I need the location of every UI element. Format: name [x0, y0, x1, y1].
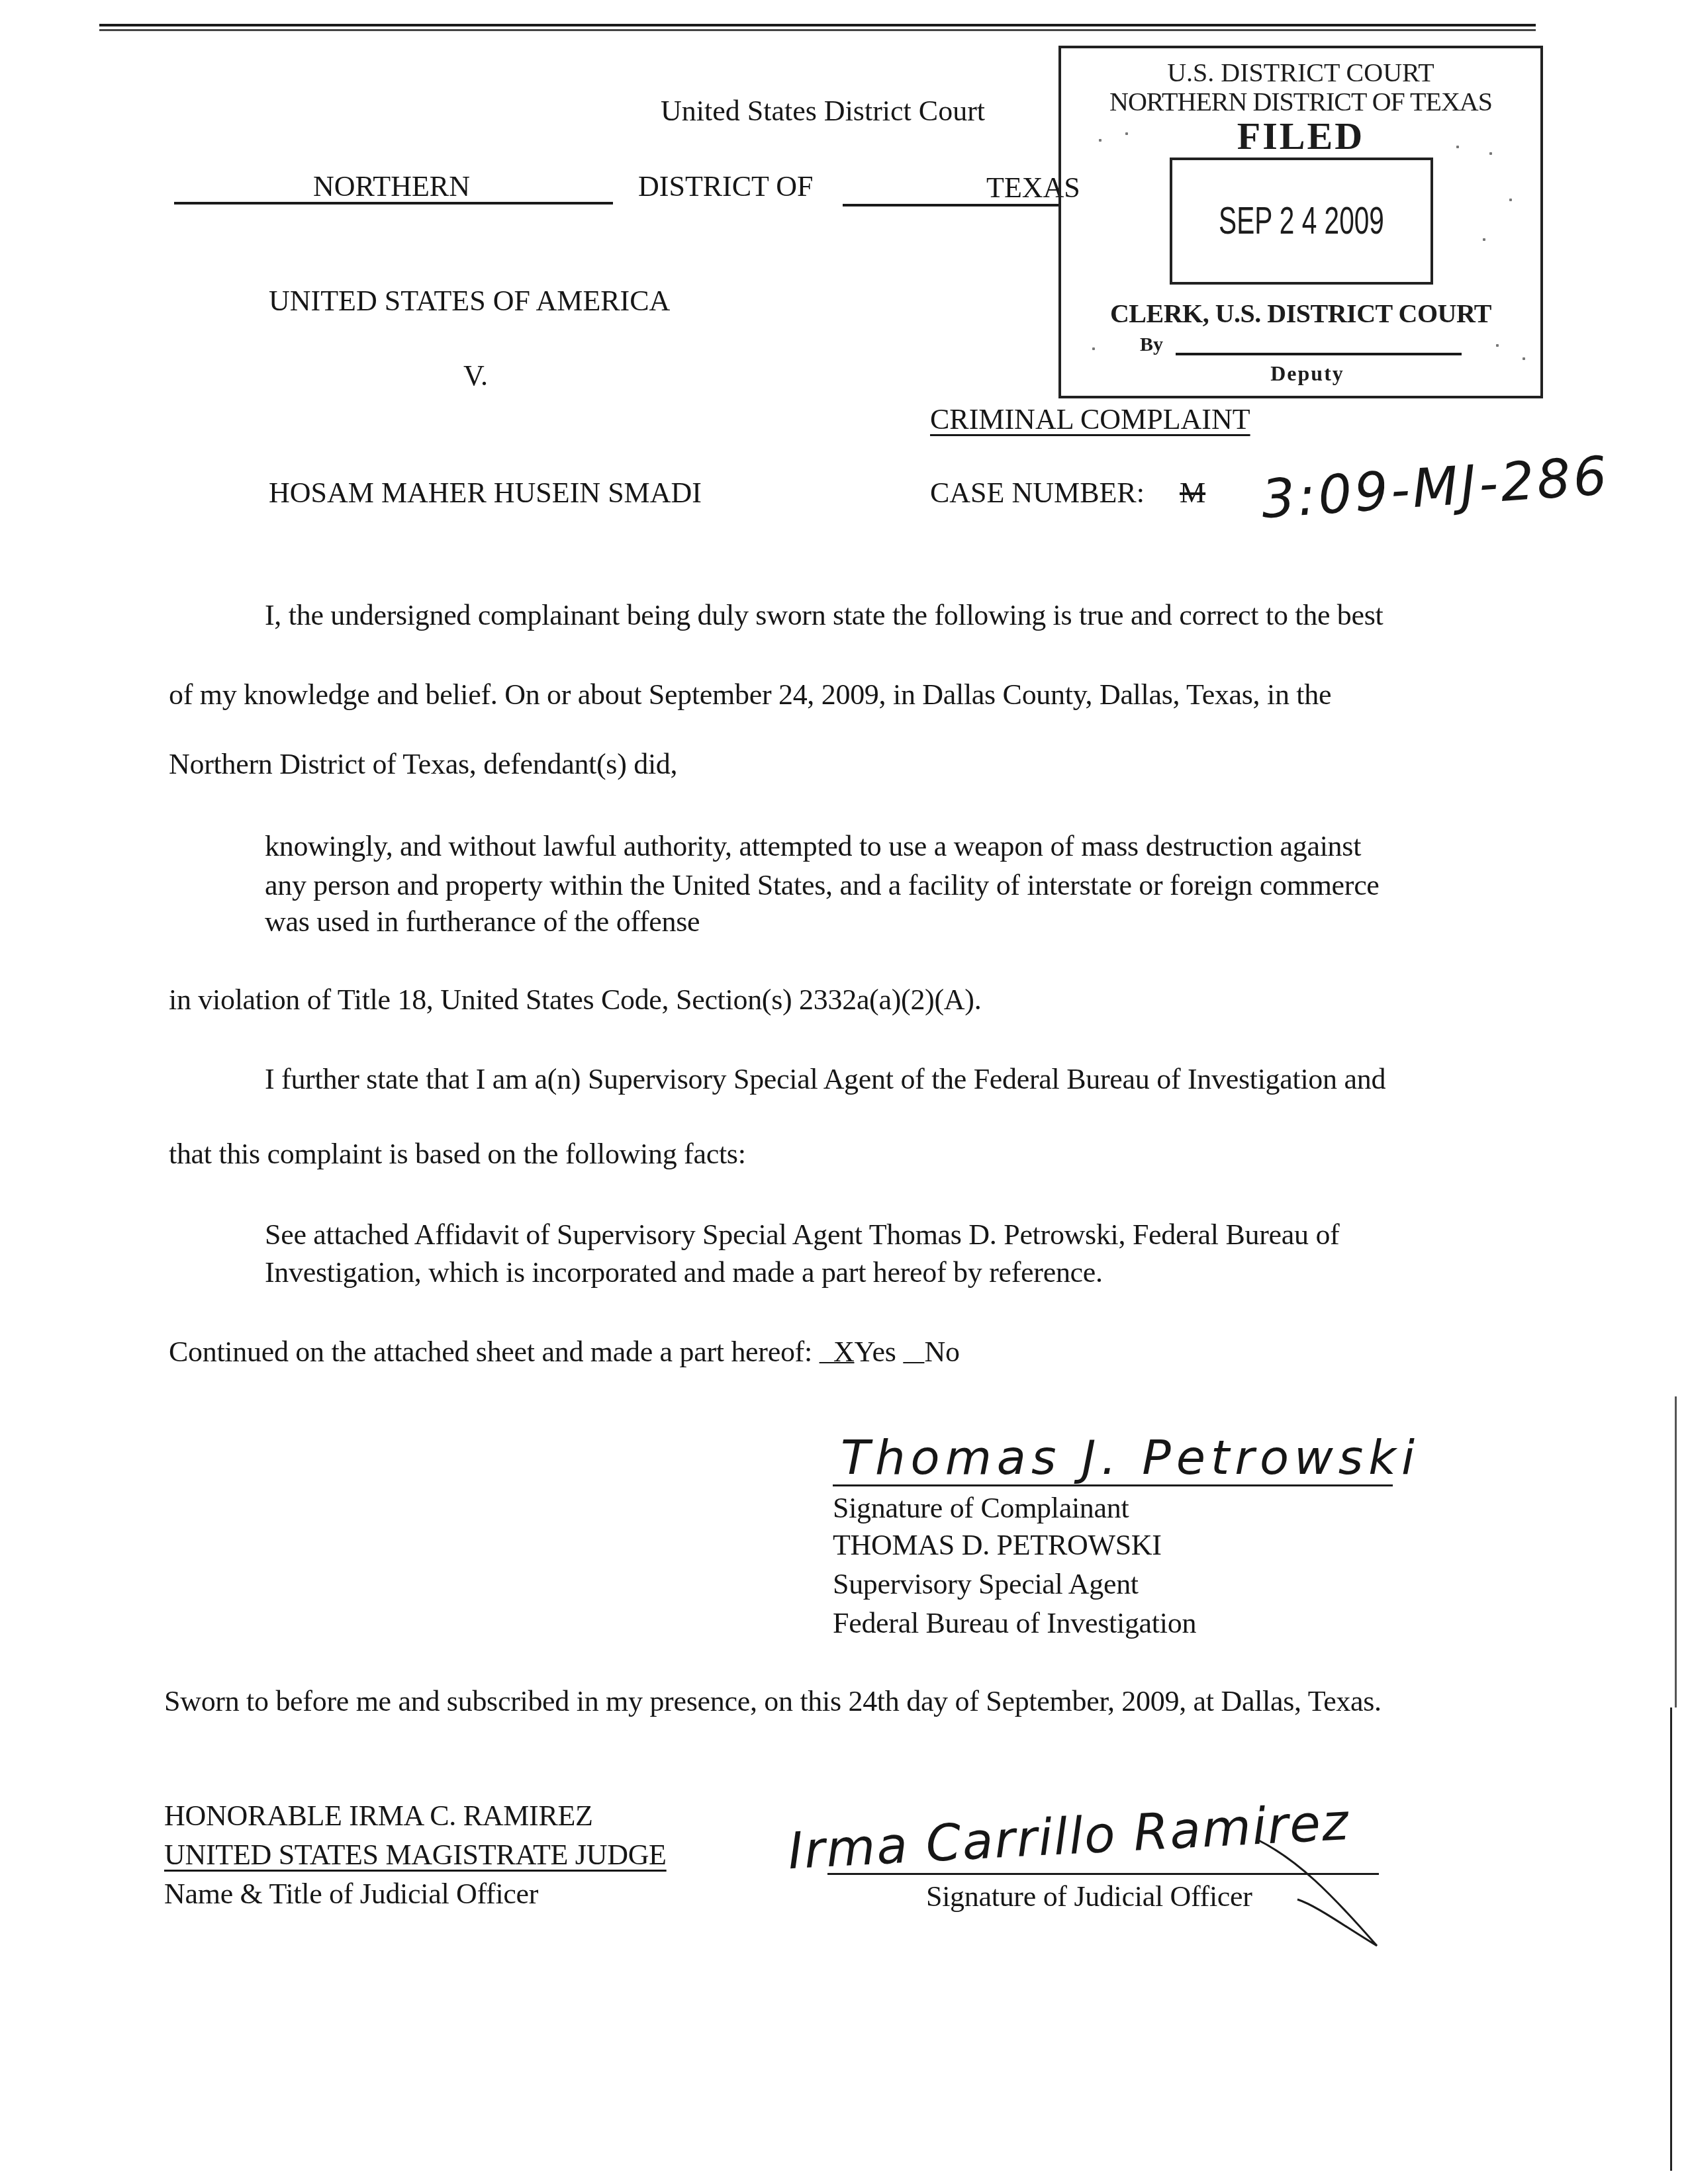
continued-no-label: No — [924, 1336, 959, 1368]
scan-edge-line — [1670, 1707, 1672, 2171]
stamp-court-line: U.S. DISTRICT COURT — [1058, 57, 1543, 88]
complainant-signature-line — [833, 1484, 1393, 1486]
top-rule — [99, 24, 1536, 26]
para2-line1: I further state that I am a(n) Superviso… — [265, 1065, 1385, 1094]
scan-speck — [1496, 344, 1499, 347]
complainant-title: Supervisory Special Agent — [833, 1570, 1139, 1599]
offense-line2: any person and property within the Unite… — [265, 871, 1380, 900]
scan-speck — [1483, 238, 1485, 241]
case-number-label: CASE NUMBER: — [930, 478, 1145, 508]
complainant-agency: Federal Bureau of Investigation — [833, 1609, 1196, 1638]
defendant: HOSAM MAHER HUSEIN SMADI — [269, 478, 702, 508]
stamp-by-line — [1176, 353, 1462, 355]
continued-no-checkbox[interactable] — [903, 1336, 924, 1368]
case-number-struck: M — [1180, 478, 1205, 508]
plaintiff: UNITED STATES OF AMERICA — [269, 287, 670, 316]
continued-label: Continued on the attached sheet and made… — [169, 1336, 812, 1368]
stamp-clerk: CLERK, U.S. DISTRICT COURT — [1058, 298, 1543, 329]
top-rule-second — [99, 29, 1536, 31]
scan-speck — [1099, 139, 1102, 142]
complainant-name: THOMAS D. PETROWSKI — [833, 1531, 1162, 1560]
continued-line: Continued on the attached sheet and made… — [169, 1338, 960, 1367]
scan-speck — [1489, 152, 1492, 155]
district-label: DISTRICT OF — [638, 172, 813, 201]
judge-title: UNITED STATES MAGISTRATE JUDGE — [164, 1841, 667, 1870]
judge-name: HONORABLE IRMA C. RAMIREZ — [164, 1801, 593, 1831]
offense-line3: was used in furtherance of the offense — [265, 907, 700, 936]
para1-line3: Northern District of Texas, defendant(s)… — [169, 750, 677, 779]
facts-line2: Investigation, which is incorporated and… — [265, 1258, 1103, 1287]
complainant-signature-label: Signature of Complainant — [833, 1494, 1129, 1523]
para2-line2: that this complaint is based on the foll… — [169, 1140, 746, 1169]
stamp-deputy: Deputy — [1225, 361, 1390, 386]
stamp-by: By — [1140, 334, 1163, 356]
case-number-handwritten: 3:09-MJ-286 — [1259, 445, 1611, 531]
continued-yes-label: Yes — [854, 1336, 896, 1368]
judge-name-title-label: Name & Title of Judicial Officer — [164, 1880, 538, 1909]
offense-line1: knowingly, and without lawful authority,… — [265, 832, 1361, 861]
scan-edge-line — [1675, 1396, 1677, 1707]
sworn-statement: Sworn to before me and subscribed in my … — [164, 1687, 1382, 1716]
scan-speck — [1509, 199, 1512, 201]
district-state-line — [843, 204, 1061, 206]
versus: V. — [463, 361, 488, 390]
scan-speck — [1456, 146, 1459, 148]
district-prefix: NORTHERN — [313, 172, 470, 201]
complainant-signature: Thomas J. Petrowski — [841, 1430, 1420, 1485]
scan-speck — [1523, 357, 1525, 360]
stamp-date: SEP 2 4 2009 — [1209, 199, 1394, 243]
stamp-filed: FILED — [1058, 114, 1543, 158]
document-title: CRIMINAL COMPLAINT — [930, 405, 1250, 434]
continued-yes-mark: X — [833, 1336, 854, 1368]
continued-yes-checkbox[interactable]: X — [820, 1336, 855, 1368]
violation: in violation of Title 18, United States … — [169, 985, 981, 1015]
judge-signature-label: Signature of Judicial Officer — [926, 1882, 1252, 1911]
para1-line2: of my knowledge and belief. On or about … — [169, 680, 1331, 709]
scan-speck — [1092, 347, 1095, 350]
signature-flourish — [1244, 1833, 1403, 1966]
court-name: United States District Court — [661, 97, 985, 126]
case-number-struck-text: M — [1180, 477, 1205, 509]
scan-speck — [1125, 132, 1128, 135]
para1-line1: I, the undersigned complainant being dul… — [265, 601, 1383, 630]
stamp-district-line: NORTHERN DISTRICT OF TEXAS — [1058, 86, 1543, 117]
facts-line1: See attached Affidavit of Supervisory Sp… — [265, 1220, 1339, 1250]
